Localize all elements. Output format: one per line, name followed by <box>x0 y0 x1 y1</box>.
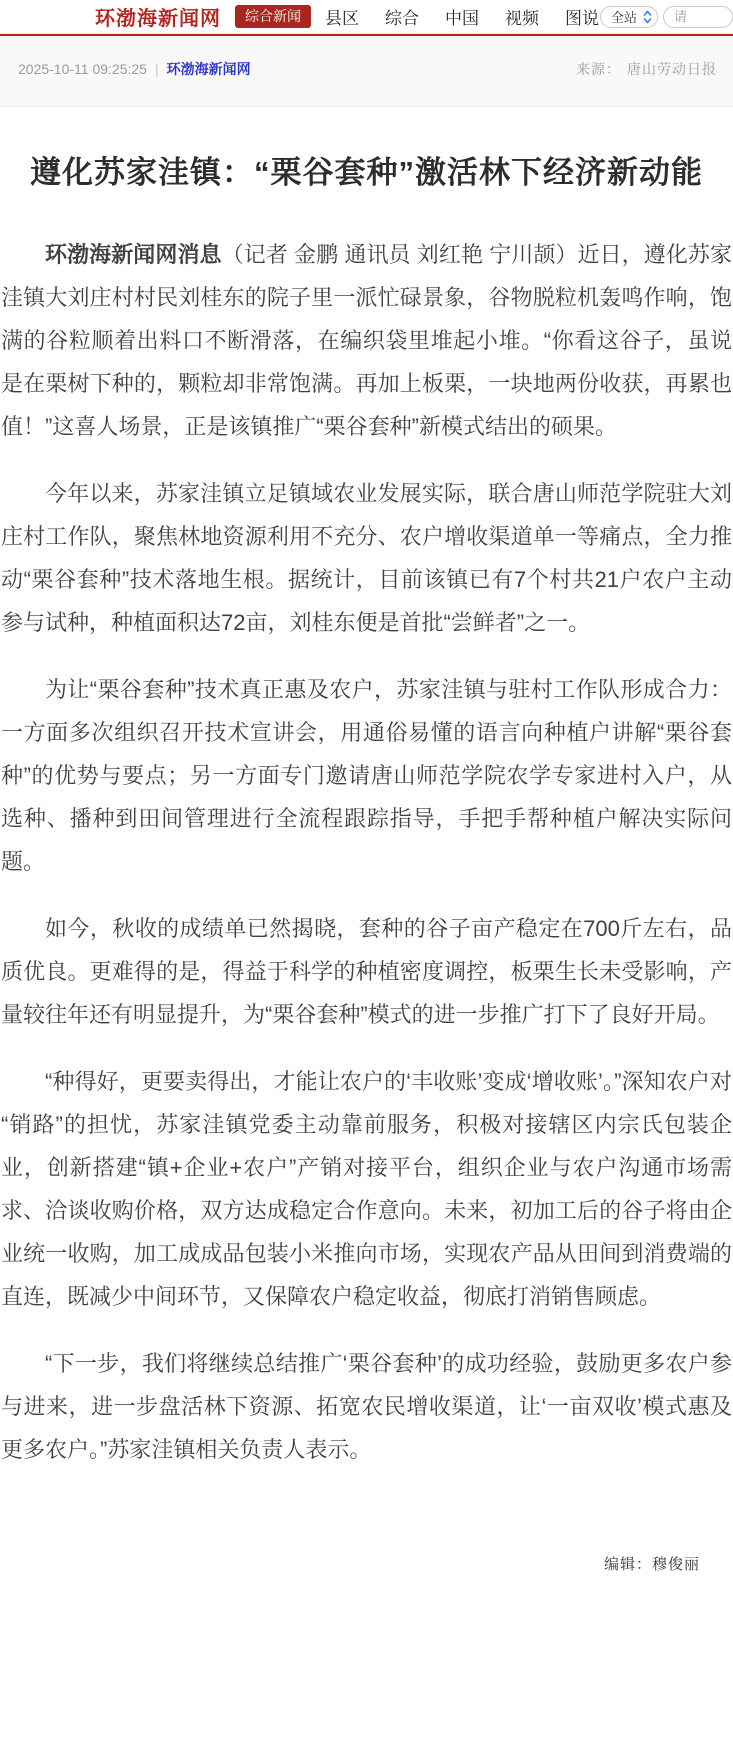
site-logo[interactable]: 环渤海新闻网 <box>95 2 221 31</box>
site-header: 环渤海新闻网 综合新闻 县区 综合 中国 视频 图说 全站 <box>0 0 733 34</box>
publish-datetime: 2025-10-11 09:25:25 <box>18 61 147 77</box>
channel-button[interactable]: 综合新闻 <box>235 5 311 28</box>
paragraph-3: 为让“栗谷套种”技术真正惠及农户，苏家洼镇与驻村工作队形成合力：一方面多次组织召… <box>1 668 732 883</box>
article-title: 遵化苏家洼镇：“栗谷套种”激活林下经济新动能 <box>19 153 714 193</box>
paragraph-4: 如今，秋收的成绩单已然揭晓，套种的谷子亩产稳定在700斤左右，品质优良。更难得的… <box>1 907 732 1036</box>
source-name: 唐山劳动日报 <box>627 61 717 77</box>
meta-left: 2025-10-11 09:25:25 | 环渤海新闻网 <box>18 59 251 79</box>
paragraph-2: 今年以来，苏家洼镇立足镇域农业发展实际，联合唐山师范学院驻大刘庄村工作队，聚焦林… <box>1 472 732 644</box>
search-scope-value: 全站 <box>611 7 637 26</box>
nav-item-zhongguo[interactable]: 中国 <box>445 4 479 29</box>
nav-item-xianqu[interactable]: 县区 <box>325 4 359 29</box>
source-label: 来源： <box>576 61 621 77</box>
header-search-area: 全站 <box>600 6 733 28</box>
paragraph-1-rest: （记者 金鹏 通讯员 刘红艳 宁川颉）近日，遵化苏家洼镇大刘庄村村民刘桂东的院子… <box>1 242 732 439</box>
paragraph-5: “种得好，更要卖得出，才能让农户的‘丰收账’变成‘增收账’。”深知农户对“销路”… <box>1 1060 732 1318</box>
editor-label: 编辑： <box>604 1556 652 1573</box>
meta-source: 来源：唐山劳动日报 <box>576 59 717 79</box>
article-meta-bar: 2025-10-11 09:25:25 | 环渤海新闻网 来源：唐山劳动日报 <box>0 36 733 107</box>
editor-line: 编辑：穆俊丽 <box>0 1495 733 1600</box>
paragraph-1: 环渤海新闻网消息（记者 金鹏 通讯员 刘红艳 宁川颉）近日，遵化苏家洼镇大刘庄村… <box>1 233 732 448</box>
chevron-updown-icon <box>643 10 652 24</box>
editor-name: 穆俊丽 <box>652 1556 700 1573</box>
site-link[interactable]: 环渤海新闻网 <box>167 59 251 79</box>
nav-item-shipin[interactable]: 视频 <box>505 4 539 29</box>
nav-item-tushuo[interactable]: 图说 <box>565 4 599 29</box>
search-scope-select[interactable]: 全站 <box>600 6 658 28</box>
search-input[interactable] <box>663 6 733 28</box>
nav-item-zonghe[interactable]: 综合 <box>385 4 419 29</box>
paragraph-6: “下一步，我们将继续总结推广‘栗谷套种’的成功经验，鼓励更多农户参与进来，进一步… <box>1 1342 732 1471</box>
paragraph-1-lead: 环渤海新闻网消息 <box>45 242 222 267</box>
main-nav: 县区 综合 中国 视频 图说 <box>325 4 599 29</box>
meta-separator: | <box>155 61 159 77</box>
article-body: 遵化苏家洼镇：“栗谷套种”激活林下经济新动能 环渤海新闻网消息（记者 金鹏 通讯… <box>0 153 733 1471</box>
